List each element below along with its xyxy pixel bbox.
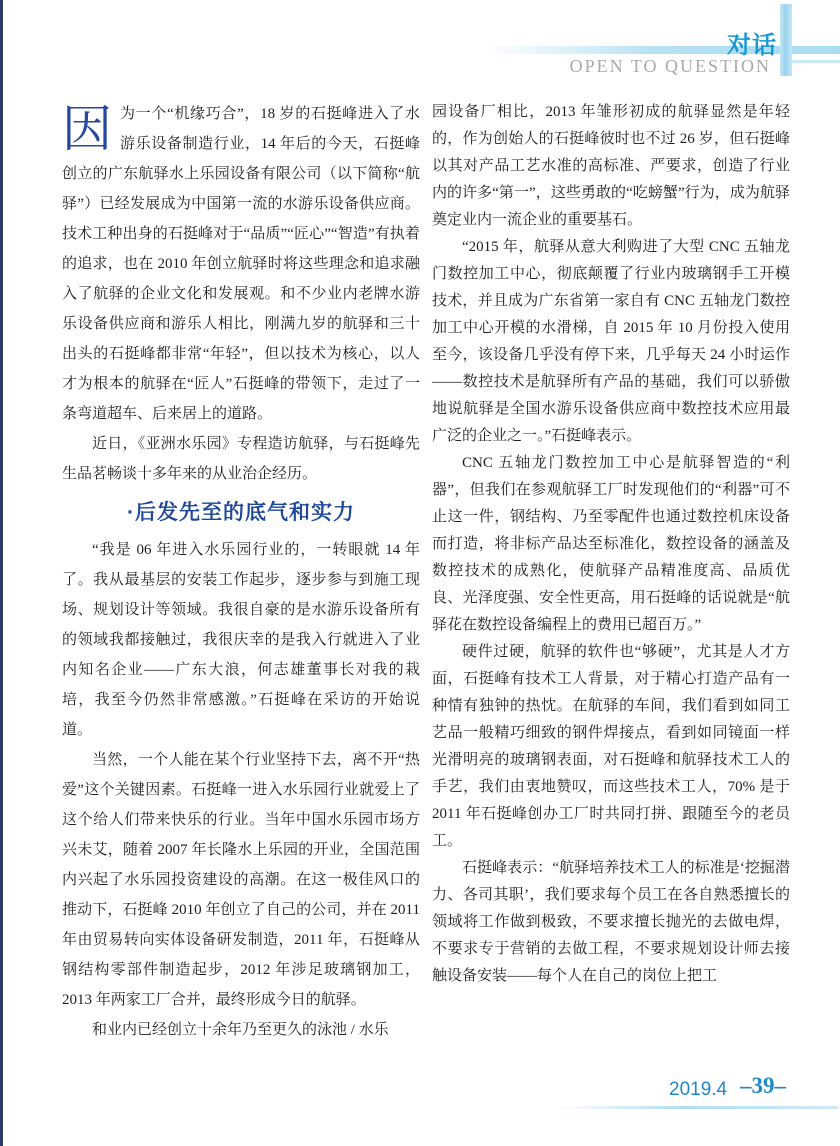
paragraph-passion: 当然，一个人能在某个行业坚持下去，离不开“热爱”这个关键因素。石挺峰一进入水乐园… — [62, 745, 420, 1015]
section-title-english: OPEN TO QUESTION — [570, 56, 771, 77]
header-small-rule-decoration — [792, 60, 840, 63]
paragraph-intro-text: 为一个“机缘巧合”，18 岁的石挺峰进入了水游乐设备制造行业，14 年后的今天，… — [62, 106, 420, 422]
paragraph-comparison-start: 和业内已经创立十余年乃至更久的泳池 / 水乐 — [62, 1015, 420, 1045]
paragraph-craftsmen: 硬件过硬，航驿的软件也“够硬”，尤其是人才方面，石挺峰有技术工人背景，对于精心打… — [432, 639, 790, 855]
header-vertical-bar-decoration — [780, 4, 792, 76]
page-spine-rule — [0, 0, 3, 1146]
article-left-column: 因为一个“机缘巧合”，18 岁的石挺峰进入了水游乐设备制造行业，14 年后的今天… — [62, 99, 420, 1039]
paragraph-career-start: “我是 06 年进入水乐园行业的，一转眼就 14 年了。我从最基层的安装工作起步… — [62, 535, 420, 745]
magazine-page: 对话 OPEN TO QUESTION 因为一个“机缘巧合”，18 岁的石挺峰进… — [0, 0, 840, 1146]
section-heading: ·后发先至的底气和实力 — [62, 498, 420, 528]
paragraph-cnc-machine: “2015 年，航驿从意大利购进了大型 CNC 五轴龙门数控加工中心，彻底颠覆了… — [432, 234, 790, 450]
footer-issue-date: 2019.4 — [669, 1079, 727, 1101]
paragraph-comparison-continued: 园设备厂相比，2013 年雏形初成的航驿显然是年轻的，作为创始人的石挺峰彼时也不… — [432, 99, 790, 234]
paragraph-intro: 因为一个“机缘巧合”，18 岁的石挺峰进入了水游乐设备制造行业，14 年后的今天… — [62, 99, 420, 429]
article-right-column: 园设备厂相比，2013 年雏形初成的航驿显然是年轻的，作为创始人的石挺峰彼时也不… — [432, 99, 790, 1039]
drop-cap: 因 — [62, 103, 112, 155]
footer-rule-decoration — [555, 1106, 838, 1109]
footer-page-number: –39– — [740, 1073, 786, 1099]
section-title-chinese: 对话 — [727, 25, 777, 60]
paragraph-standardization: CNC 五轴龙门数控加工中心是航驿智造的“利器”，但我们在参观航驿工厂时发现他们… — [432, 450, 790, 639]
header-band-decoration — [0, 46, 840, 54]
paragraph-training-standard: 石挺峰表示：“航驿培养技术工人的标准是‘挖掘潜力、各司其职’，我们要求每个员工在… — [432, 855, 790, 990]
paragraph-visit: 近日，《亚洲水乐园》专程造访航驿，与石挺峰先生品茗畅谈十多年来的从业治企经历。 — [62, 429, 420, 489]
